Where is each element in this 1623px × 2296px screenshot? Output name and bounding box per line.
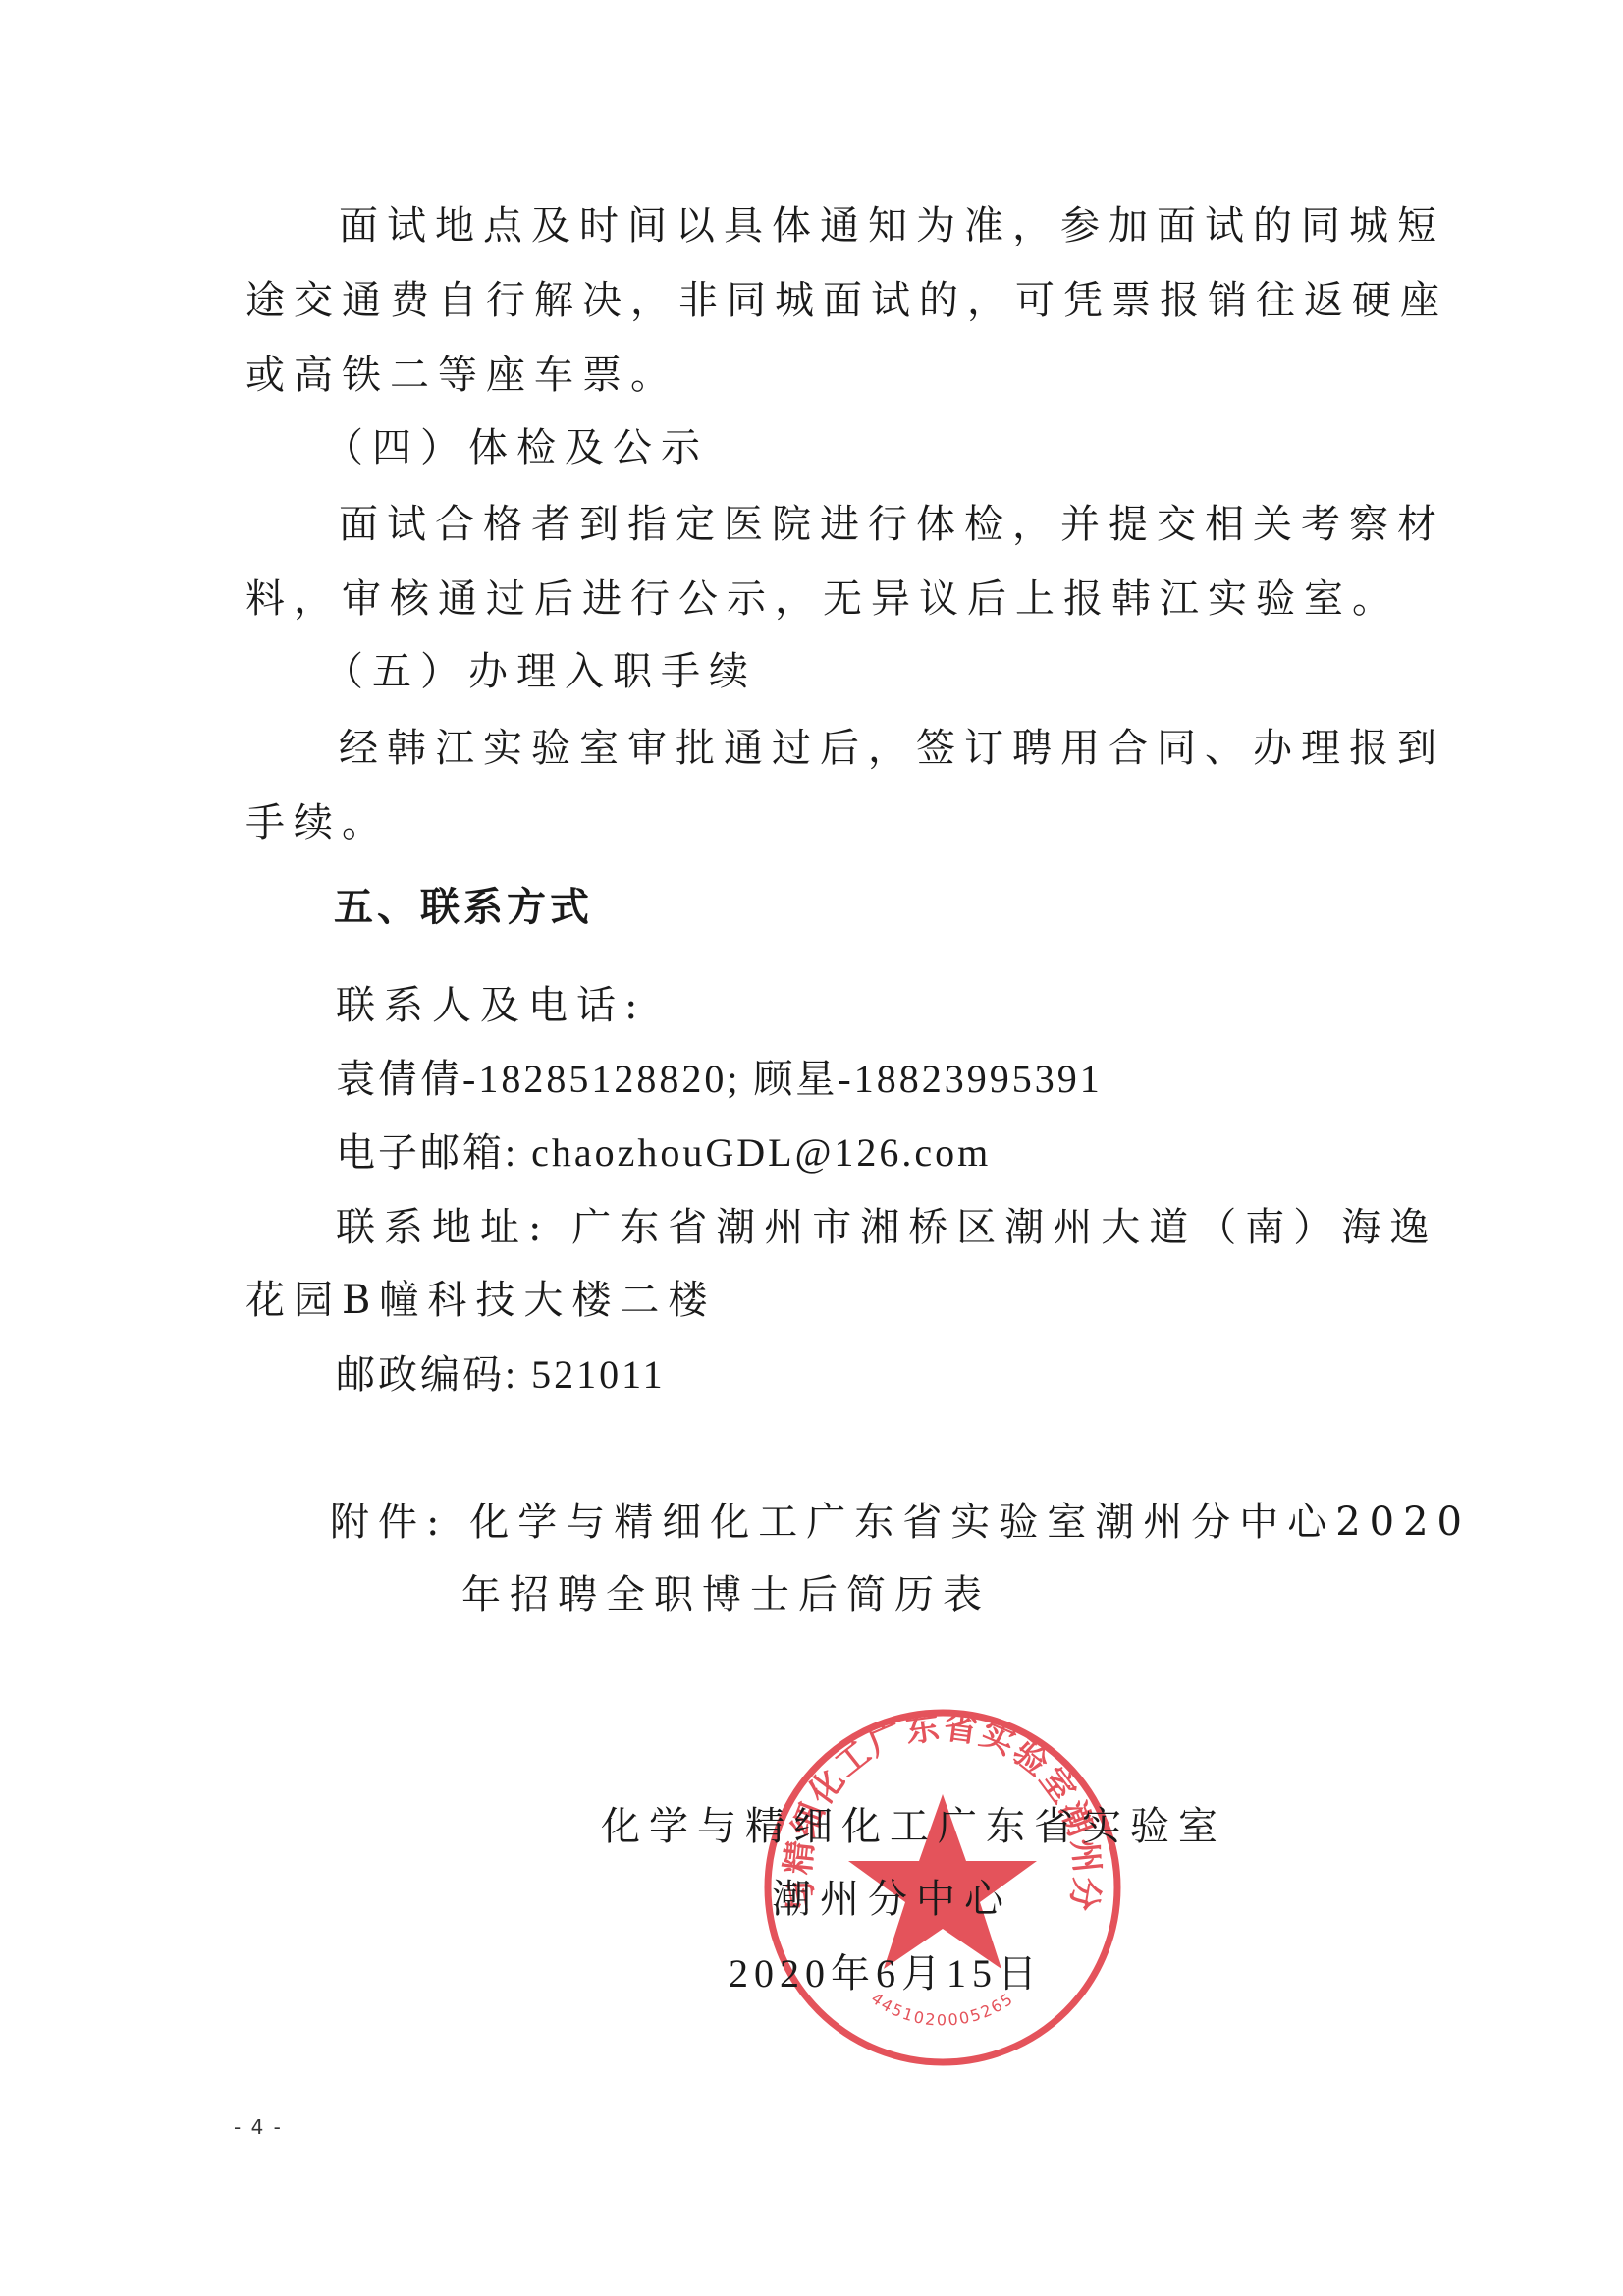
signature-org-line1: 化学与精细化工广东省实验室 — [601, 1803, 1226, 1850]
section-title: （五）办理入职手续 — [324, 648, 757, 695]
contact-email: 电子邮箱: chaozhouGDL@126.com — [336, 1129, 991, 1176]
signature-org-line2: 潮州分中心 — [772, 1876, 1012, 1923]
paragraph-line: 手续。 — [245, 799, 390, 847]
attachment-line2: 年招聘全职博士后简历表 — [461, 1571, 991, 1618]
contact-address-line1: 联系地址: 广东省潮州市湘桥区潮州大道（南）海逸 — [336, 1204, 1437, 1251]
paragraph-line: 经韩江实验室审批通过后，签订聘用合同、办理报到 — [339, 725, 1445, 772]
paragraph-line: 面试合格者到指定医院进行体检，并提交相关考察材 — [339, 501, 1445, 548]
paragraph-line: 面试地点及时间以具体通知为准，参加面试的同城短 — [339, 202, 1445, 249]
paragraph-line: 途交通费自行解决，非同城面试的，可凭票报销往返硬座 — [245, 277, 1448, 324]
contact-people-value: 袁倩倩-18285128820; 顾星-18823995391 — [336, 1056, 1103, 1103]
signature-date: 2020年6月15日 — [729, 1950, 1043, 1997]
paragraph-line: 料，审核通过后进行公示，无异议后上报韩江实验室。 — [245, 575, 1400, 623]
paragraph-line: 或高铁二等座车票。 — [245, 352, 678, 399]
contact-heading: 五、联系方式 — [334, 884, 593, 931]
attachment-line1: 附件: 化学与精细化工广东省实验室潮州分中心2020 — [330, 1499, 1471, 1546]
page-number: - 4 - — [234, 2115, 283, 2139]
contact-postcode: 邮政编码: 521011 — [336, 1351, 666, 1398]
contact-address-line2: 花园B幢科技大楼二楼 — [245, 1277, 716, 1324]
contact-people-label: 联系人及电话: — [336, 982, 646, 1029]
section-title: （四）体检及公示 — [324, 424, 709, 471]
